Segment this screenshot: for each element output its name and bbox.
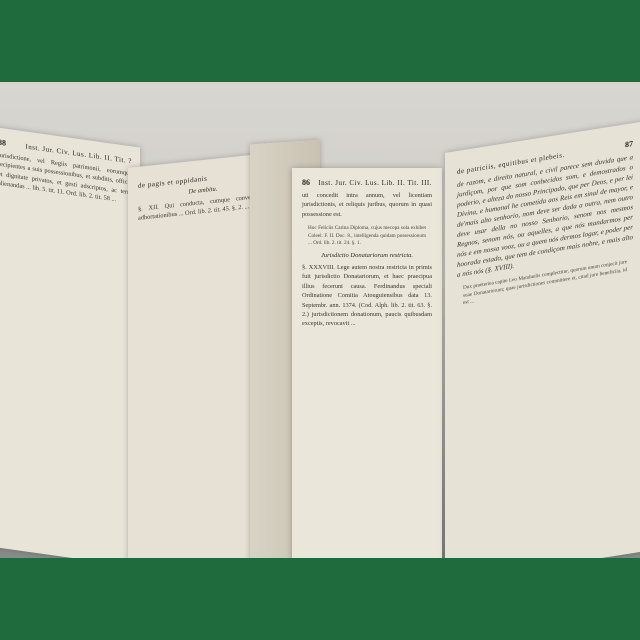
page-number: 88	[0, 138, 6, 148]
page-number: 86	[302, 178, 310, 187]
footnote: Hoc Feliciis Carina Diploma, cujus mecop…	[302, 225, 432, 248]
right-page: de patriciis, equitibus et plebeis. 87 d…	[445, 121, 640, 558]
body-text-main: §. XXXVIII. Lege autem nostra restricta …	[302, 263, 432, 329]
section-heading: Jurisdictio Donatariorum restricta.	[302, 252, 432, 259]
page-number: 87	[625, 139, 633, 149]
top-frame-band	[0, 0, 640, 82]
bottom-frame-band	[0, 558, 640, 640]
center-right-page: 86 Inst. Jur. Civ. Lus. Lib. II. Tit. II…	[292, 168, 442, 558]
book-photo: 88 Inst. Jur. Civ. Lus. Lib. II. Tit. ? …	[0, 82, 640, 558]
left-page: 88 Inst. Jur. Civ. Lus. Lib. II. Tit. ? …	[0, 126, 140, 558]
running-header: Inst. Jur. Civ. Lus. Lib. II. Tit. III.	[318, 179, 432, 187]
body-text-top: uti concedit intra annum, vel licentiam …	[302, 191, 432, 219]
